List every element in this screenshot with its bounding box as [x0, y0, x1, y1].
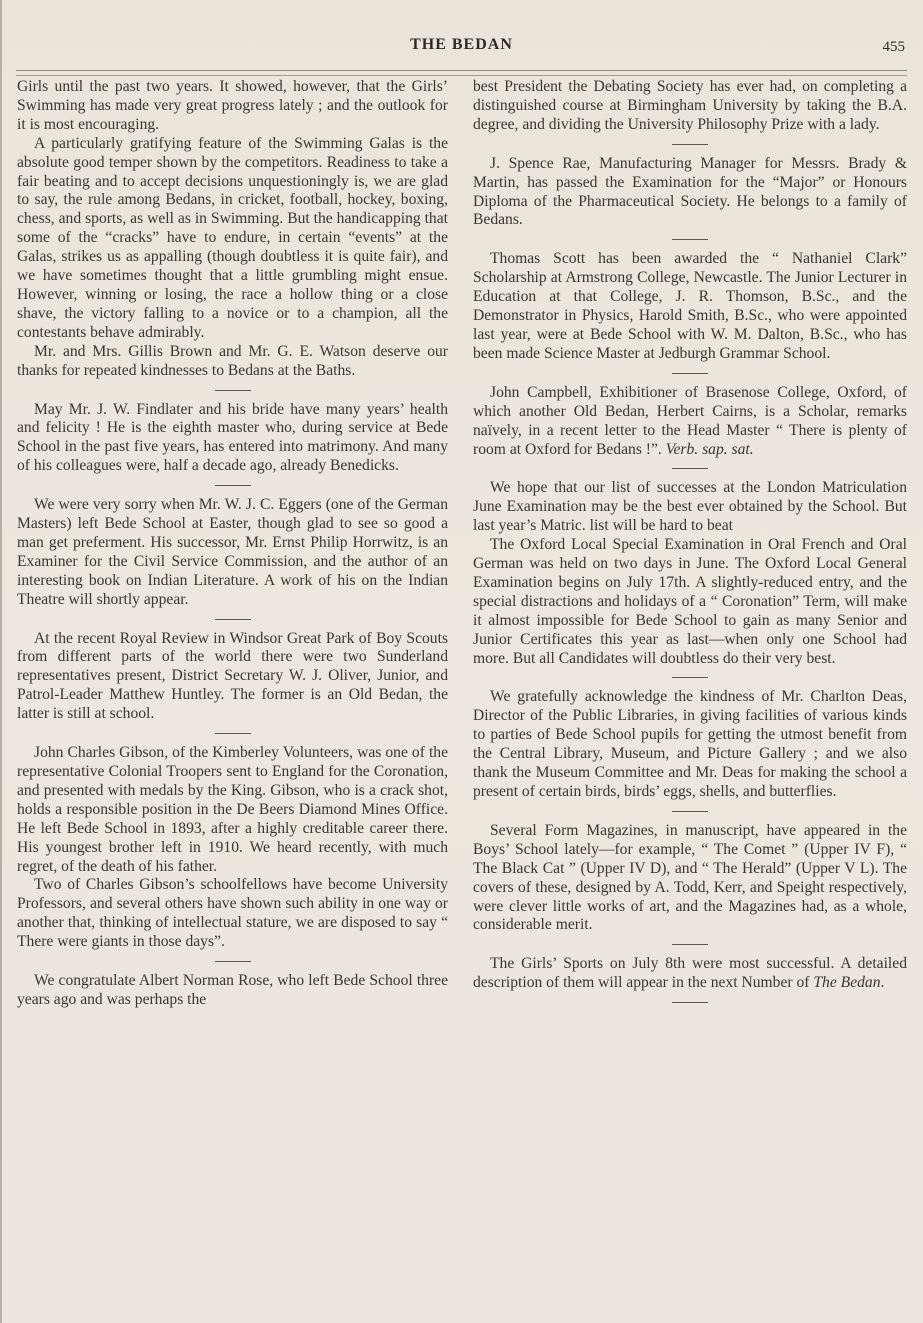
paragraph-oxford-local: The Oxford Local Special Examination in …: [473, 536, 907, 668]
paragraph-thomas-scott: Thomas Scott has been awarded the “ Nath…: [473, 250, 907, 363]
left-column: Girls until the past two years. It showe…: [17, 78, 448, 1010]
magazine-page: THE BEDAN 455 Girls until the past two y…: [0, 0, 923, 1323]
section-divider: [672, 144, 708, 145]
paragraph-charlton-deas: We gratefully acknowledge the kindness o…: [473, 688, 907, 801]
paragraph-form-magazines: Several Form Magazines, in manuscript, h…: [473, 822, 907, 935]
paragraph-swimming-galas: A particularly gratifying feature of the…: [17, 135, 448, 343]
paragraph-thanks-baths: Mr. and Mrs. Gillis Brown and Mr. G. E. …: [17, 343, 448, 381]
page-edge-shadow: [0, 0, 2, 1323]
header-double-rule: [16, 70, 907, 76]
paragraph-matriculation: We hope that our list of successes at th…: [473, 479, 907, 536]
section-divider: [672, 677, 708, 678]
section-divider: [215, 961, 251, 962]
section-divider: [672, 944, 708, 945]
paragraph-john-campbell: John Campbell, Exhibitioner of Brasenose…: [473, 384, 907, 460]
paragraph-schoolfellows: Two of Charles Gibson’s schoolfellows ha…: [17, 876, 448, 952]
paragraph-findlater: May Mr. J. W. Findlater and his bride ha…: [17, 401, 448, 477]
section-divider: [672, 239, 708, 240]
paragraph-gibson: John Charles Gibson, of the Kimberley Vo…: [17, 744, 448, 876]
page-number: 455: [883, 39, 906, 56]
page-header: THE BEDAN 455: [0, 36, 923, 62]
section-divider: [672, 1002, 708, 1003]
right-column: best President the Debating Society has …: [473, 78, 907, 1013]
section-divider: [672, 373, 708, 374]
paragraph-debating-society: best President the Debating Society has …: [473, 78, 907, 135]
running-title: THE BEDAN: [0, 36, 923, 54]
latin-phrase: Verb. sap. sat.: [666, 441, 754, 458]
section-divider: [215, 390, 251, 391]
paragraph-girls-swimming: Girls until the past two years. It showe…: [17, 78, 448, 135]
period: .: [881, 974, 885, 991]
paragraph-spence-rae: J. Spence Rae, Manufacturing Manager for…: [473, 155, 907, 231]
section-divider: [672, 811, 708, 812]
paragraph-girls-sports: The Girls’ Sports on July 8th were most …: [473, 955, 907, 993]
section-divider: [672, 468, 708, 469]
paragraph-eggers: We were very sorry when Mr. W. J. C. Egg…: [17, 496, 448, 609]
section-divider: [215, 619, 251, 620]
magazine-title: The Bedan: [813, 974, 880, 991]
section-divider: [215, 733, 251, 734]
paragraph-rose: We congratulate Albert Norman Rose, who …: [17, 972, 448, 1010]
section-divider: [215, 485, 251, 486]
paragraph-royal-review: At the recent Royal Review in Windsor Gr…: [17, 630, 448, 725]
